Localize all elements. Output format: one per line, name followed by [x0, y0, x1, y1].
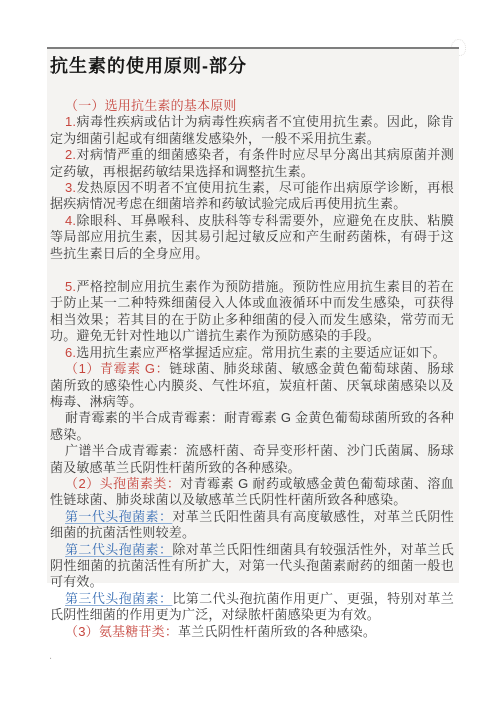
paragraph-text: 选用抗生素应严格掌握适应症。常用抗生素的主要适应证如下。	[76, 345, 446, 360]
item-number: 1.	[65, 114, 76, 129]
paragraph-aminoglycoside: （3）氨基糖苷类：革兰氏阴性杆菌所致的各种感染。	[50, 624, 454, 640]
paragraph-text: 病毒性疾病或估计为病毒性疾病者不宜使用抗生素。因此，除肯定为细菌引起或有细菌继发…	[50, 114, 454, 145]
paragraph-rule-5: 5.严格控制应用抗生素作为预防措施。预防性应用抗生素目的若在于防止某一二种特殊细…	[50, 279, 454, 345]
paragraph-text: 除眼科、耳鼻喉科、皮肤科等专科需要外，应避免在皮肤、粘膜等局部应用抗生素，因其易…	[50, 213, 454, 261]
document-page: 抗生素的使用原则-部分 （一）选用抗生素的基本原则 1.病毒性疾病或估计为病毒性…	[0, 0, 500, 711]
paragraph-rule-1: 1.病毒性疾病或估计为病毒性疾病者不宜使用抗生素。因此，除肯定为细菌引起或有细菌…	[50, 114, 454, 147]
drug-class-label: （2）头孢菌素类：	[65, 476, 180, 491]
page-title: 抗生素的使用原则-部分	[50, 56, 454, 76]
item-number: 4.	[65, 213, 76, 228]
item-number: 6.	[65, 345, 76, 360]
document-sheet: 抗生素的使用原则-部分 （一）选用抗生素的基本原则 1.病毒性疾病或估计为病毒性…	[47, 47, 459, 583]
paragraph-text: 严格控制应用抗生素作为预防措施。预防性应用抗生素目的若在于防止某一二种特殊细菌侵…	[50, 279, 454, 343]
item-number: 2.	[65, 147, 76, 162]
paragraph-rule-3: 3.发热原因不明者不宜使用抗生素，尽可能作出病原学诊断，再根据疾病情况考虑在细菌…	[50, 180, 454, 213]
paragraph-penicillin-broad: 广谱半合成青霉素：流感杆菌、奇异变形杆菌、沙门氏菌属、肠球菌及敏感革兰氏阴性杆菌…	[50, 443, 454, 476]
paragraph-cephalosporin: （2）头孢菌素类：对青霉素 G 耐药或敏感金黄色葡萄球菌、溶血性链球菌、肺炎球菌…	[50, 476, 454, 509]
paragraph-rule-4: 4.除眼科、耳鼻喉科、皮肤科等专科需要外，应避免在皮肤、粘膜等局部应用抗生素，因…	[50, 213, 454, 262]
item-number: 5.	[65, 279, 76, 294]
ceph-gen2-link[interactable]: 第二代头孢菌素：	[65, 542, 172, 557]
ceph-gen1-link[interactable]: 第一代头孢菌素：	[65, 509, 172, 524]
paragraph-text: 广谱半合成青霉素：流感杆菌、奇异变形杆菌、沙门氏菌属、肠球菌及敏感革兰氏阴性杆菌…	[50, 443, 454, 474]
paragraph-text: 对病情严重的细菌感染者，有条件时应尽早分离出其病原菌并测定药敏，再根据药敏结果选…	[50, 147, 454, 178]
paragraph-text: 革兰氏阴性杆菌所致的各种感染。	[178, 624, 376, 639]
paragraph-rule-2: 2.对病情严重的细菌感染者，有条件时应尽早分离出其病原菌并测定药敏，再根据药敏结…	[50, 147, 454, 180]
paragraph-ceph-gen2: 第二代头孢菌素：除对革兰氏阳性细菌具有较强活性外，对革兰氏阴性细菌的抗菌活性有所…	[50, 542, 454, 591]
paragraph-penicillin: （1）青霉素 G：链球菌、肺炎球菌、敏感金黄色葡萄球菌、肠球菌所致的感染性心内膜…	[50, 361, 454, 410]
paragraph-ceph-gen1: 第一代头孢菌素：对革兰氏阳性菌具有高度敏感性，对革兰氏阴性细菌的抗菌活性则较差。	[50, 509, 454, 542]
item-number: 3.	[65, 180, 76, 195]
paragraph-text: 发热原因不明者不宜使用抗生素，尽可能作出病原学诊断，再根据疾病情况考虑在细菌培养…	[50, 180, 454, 211]
paragraph-rule-6: 6.选用抗生素应严格掌握适应症。常用抗生素的主要适应证如下。	[50, 345, 454, 361]
footer-mark: .	[49, 650, 52, 662]
paragraph-text: 耐青霉素的半合成青霉素：耐青霉素 G 金黄色葡萄球菌所致的各种感染。	[50, 410, 454, 441]
paragraph-ceph-gen3: 第三代头孢菌素：比第二代头孢抗菌作用更广、更强，特别对革兰氏阴性细菌的作用更为广…	[50, 591, 454, 624]
ceph-gen3-link[interactable]: 第三代头孢菌素：	[65, 591, 172, 606]
paragraph-penicillin-resistant: 耐青霉素的半合成青霉素：耐青霉素 G 金黄色葡萄球菌所致的各种感染。	[50, 410, 454, 443]
drug-class-label: （1）青霉素 G：	[65, 361, 169, 376]
drug-class-label: （3）氨基糖苷类：	[65, 624, 178, 639]
section-heading: （一）选用抗生素的基本原则	[50, 98, 454, 114]
section-heading-text: （一）选用抗生素的基本原则	[65, 98, 237, 113]
